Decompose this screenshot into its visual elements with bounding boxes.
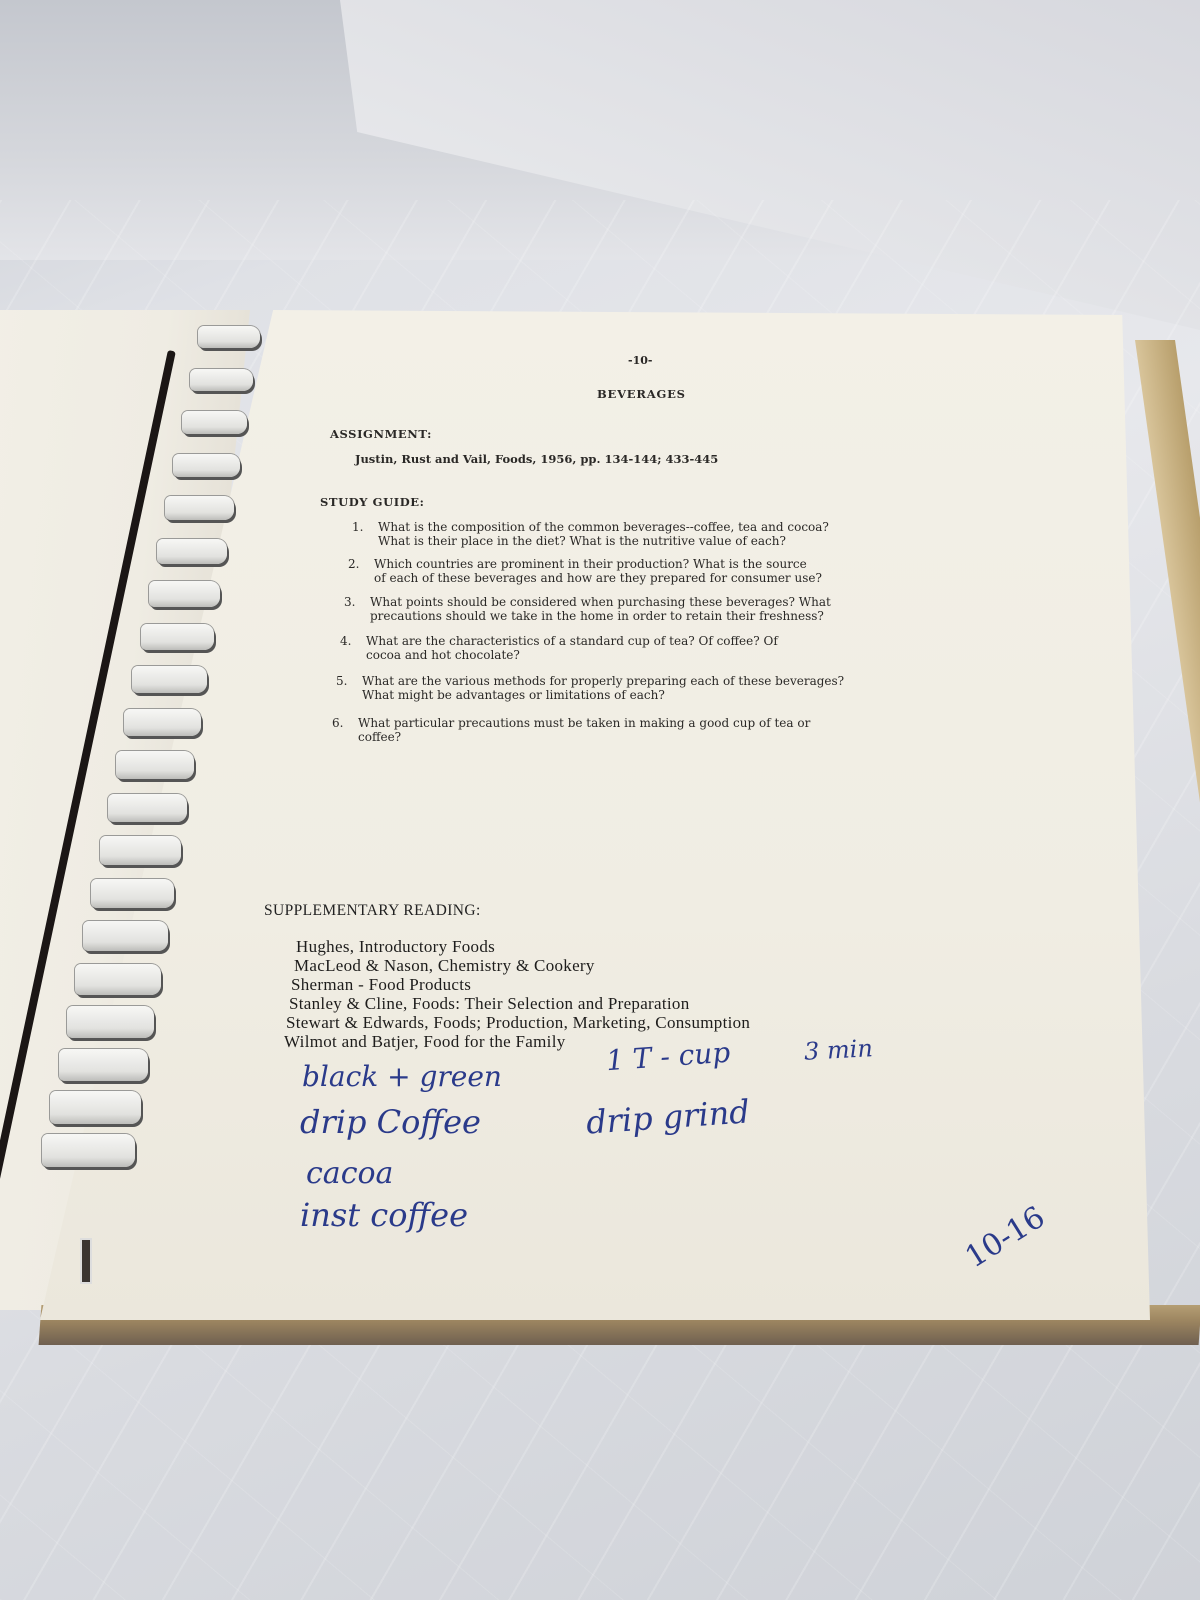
reading-item: Sherman - Food Products xyxy=(291,975,471,995)
question-line: precautions should we take in the home i… xyxy=(370,609,831,623)
study-question: 4. What are the characteristics of a sta… xyxy=(366,634,778,662)
question-line: What particular precautions must be take… xyxy=(358,716,810,730)
question-number: 1. xyxy=(352,520,363,534)
handwritten-note: inst coffee xyxy=(300,1196,468,1234)
question-number: 5. xyxy=(336,674,347,688)
binding-ring xyxy=(141,624,214,650)
reading-item: Wilmot and Batjer, Food for the Family xyxy=(284,1032,566,1052)
binding-ring xyxy=(182,411,247,434)
binding-ring xyxy=(132,666,207,693)
binding-ring xyxy=(149,581,221,607)
binding-ring xyxy=(50,1091,141,1124)
question-line: What is the composition of the common be… xyxy=(378,520,829,534)
page-title: BEVERAGES xyxy=(597,387,686,401)
study-question: 2. Which countries are prominent in thei… xyxy=(374,557,822,585)
question-number: 2. xyxy=(348,557,359,571)
page-number: -10- xyxy=(628,354,652,367)
study-guide-heading: STUDY GUIDE: xyxy=(320,495,425,509)
question-line: What points should be considered when pu… xyxy=(370,595,831,609)
question-number: 3. xyxy=(344,595,355,609)
question-line: cocoa and hot chocolate? xyxy=(366,648,778,662)
handwritten-note: black + green xyxy=(302,1060,502,1093)
binding-ring xyxy=(124,709,200,736)
question-line: What is their place in the diet? What is… xyxy=(378,534,829,548)
question-line: What are the various methods for properl… xyxy=(362,674,844,688)
study-question: 1. What is the composition of the common… xyxy=(378,520,829,548)
question-number: 6. xyxy=(332,716,343,730)
binding-ring xyxy=(116,751,194,779)
binding-ring xyxy=(42,1134,134,1167)
handwritten-note: drip Coffee xyxy=(300,1103,481,1141)
reading-item: Stanley & Cline, Foods: Their Selection … xyxy=(289,994,690,1014)
question-line: coffee? xyxy=(358,730,810,744)
handwritten-note: 3 min xyxy=(803,1034,873,1066)
question-line: Which countries are prominent in their p… xyxy=(374,557,822,571)
binding-ring xyxy=(83,921,167,951)
binding-slot xyxy=(80,1238,92,1284)
binding-ring xyxy=(100,836,181,865)
reading-item: Hughes, Introductory Foods xyxy=(296,937,495,957)
question-number: 4. xyxy=(340,634,351,648)
binding-ring xyxy=(67,1006,155,1038)
question-line: What might be advantages or limitations … xyxy=(362,688,844,702)
assignment-text: Justin, Rust and Vail, Foods, 1956, pp. … xyxy=(355,452,718,466)
binding-ring xyxy=(198,326,260,348)
study-question: 5. What are the various methods for prop… xyxy=(362,674,844,702)
study-question: 6. What particular precautions must be t… xyxy=(358,716,810,744)
handwritten-note: cacoa xyxy=(306,1156,393,1191)
reading-item: MacLeod & Nason, Chemistry & Cookery xyxy=(294,956,595,976)
supplementary-reading-heading: SUPPLEMENTARY READING: xyxy=(264,902,481,920)
binding-ring xyxy=(91,879,174,909)
binding-ring xyxy=(108,794,188,823)
binding-ring xyxy=(75,964,161,995)
binding-ring xyxy=(190,369,254,392)
binding-ring xyxy=(165,496,233,520)
binding-ring xyxy=(59,1049,148,1081)
binding-ring xyxy=(173,454,240,478)
study-question: 3. What points should be considered when… xyxy=(370,595,831,623)
question-line: What are the characteristics of a standa… xyxy=(366,634,778,648)
binding-ring xyxy=(157,539,227,564)
question-line: of each of these beverages and how are t… xyxy=(374,571,822,585)
reading-item: Stewart & Edwards, Foods; Production, Ma… xyxy=(286,1013,750,1033)
assignment-heading: ASSIGNMENT: xyxy=(330,427,432,441)
